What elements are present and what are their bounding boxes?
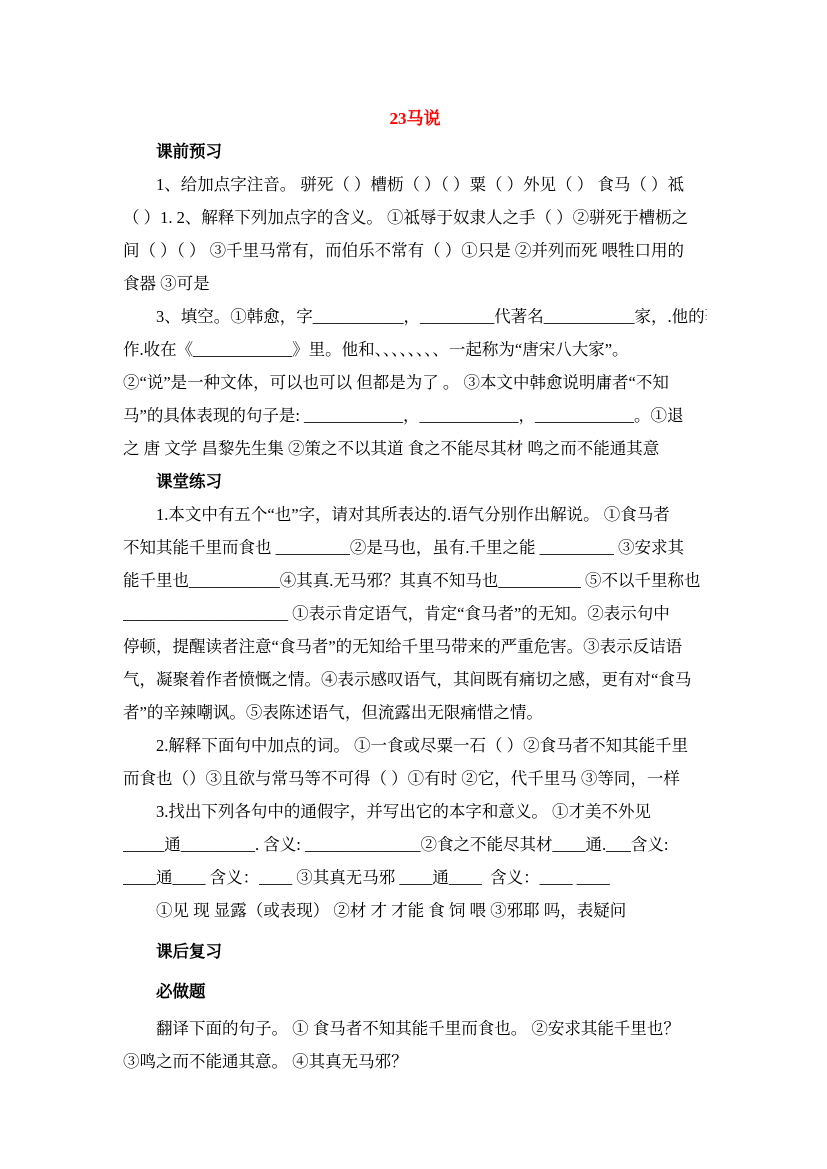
document-title: 23马说 [123,102,707,135]
paragraph: ①见 现 显露（或表现） ②材 才 才能 食 饲 喂 ③邪耶 吗，表疑问 [123,894,707,927]
worksheet-page: 23马说 课前预习 1、给加点字注音。 骈死（ ）槽枥（ ）（ ）粟（ ）外见（… [0,0,827,1169]
text-line: 不知其能千里而食也 _________②是马也，虽有.千里之能 ________… [123,531,707,564]
text-line: 间（ ）（ ） ③千里马常有，而伯乐不常有（ ）①只是 ②并列而死 喂牲口用的 [123,234,707,267]
text-line: 3、填空。①韩愈，字___________，_________代著名______… [123,300,707,333]
text-line: 1.本文中有五个“也”字，请对其所表达的.语气分别作出解说。 ①食马者 [123,498,707,531]
text-line: 食器 ③可是 [123,267,707,300]
text-line: 1、给加点字注音。 骈死（ ）槽枥（ ）（ ）粟（ ）外见（ ） 食马（ ）祗 [123,168,707,201]
text-line: ②“说”是一种文体，可以也可以 但都是为了 。 ③本文中韩愈说明庸者“不知 [123,366,707,399]
paragraph: 1.本文中有五个“也”字，请对其所表达的.语气分别作出解说。 ①食马者 不知其能… [123,498,707,729]
text-line: 3.找出下列各句中的通假字，并写出它的本字和意义。 ①才美不外见 [123,795,707,828]
paragraph: 3、填空。①韩愈，字___________，_________代著名______… [123,300,707,465]
section-heading: 课堂练习 [123,465,707,498]
paragraph: 翻译下面的句子。 ① 食马者不知其能千里而食也。 ②安求其能千里也？ ③鸣之而不… [123,1012,707,1078]
text-line: ____通____ 含义：____ ③其真无马邪 ____通____ 含义：__… [123,861,707,894]
document-content: 23马说 课前预习 1、给加点字注音。 骈死（ ）槽枥（ ）（ ）粟（ ）外见（… [0,0,827,1078]
text-line: 作.收在《____________》里。他和、、、、、、、、一起称为“唐宋八大家… [123,333,707,366]
paragraph: 2.解释下面句中加点的词。 ①一食或尽粟一石（ ）②食马者不知其能千里 而食也（… [123,729,707,795]
section-heading: 课后复习 [123,935,707,968]
text-line: 之 唐 文学 昌黎先生集 ②策之不以其道 食之不能尽其材 鸣之而不能通其意 [123,432,707,465]
text-line: _____通_________. 含义: ______________②食之不能… [123,828,707,861]
paragraph: 1、给加点字注音。 骈死（ ）槽枥（ ）（ ）粟（ ）外见（ ） 食马（ ）祗 … [123,168,707,300]
section-heading: 课前预习 [123,135,707,168]
text-line: 者”的辛辣嘲讽。⑤表陈述语气，但流露出无限痛惜之情。 [123,696,707,729]
text-line: 马”的具体表现的句子是: ____________，____________，_… [123,399,707,432]
text-line: ____________________ ①表示肯定语气，肯定“食马者”的无知。… [123,597,707,630]
text-line: ①见 现 显露（或表现） ②材 才 才能 食 饲 喂 ③邪耶 吗，表疑问 [123,894,707,927]
text-line: 气，凝聚着作者愤慨之情。④表示感叹语气，其间既有痛切之感，更有对“食马 [123,663,707,696]
text-line: 停顿，提醒读者注意“食马者”的无知给千里马带来的严重危害。③表示反诘语 [123,630,707,663]
text-line: 2.解释下面句中加点的词。 ①一食或尽粟一石（ ）②食马者不知其能千里 [123,729,707,762]
paragraph: 3.找出下列各句中的通假字，并写出它的本字和意义。 ①才美不外见 _____通_… [123,795,707,894]
section-after-class-review: 课后复习 必做题 翻译下面的句子。 ① 食马者不知其能千里而食也。 ②安求其能千… [123,935,707,1078]
text-line: 能千里也___________④其真.无马邪？其真不知马也__________ … [123,564,707,597]
section-subheading: 必做题 [123,975,707,1008]
text-line: ③鸣之而不能通其意。 ④其真无马邪？ [123,1045,707,1078]
section-pre-class-preview: 课前预习 1、给加点字注音。 骈死（ ）槽枥（ ）（ ）粟（ ）外见（ ） 食马… [123,135,707,465]
section-class-practice: 课堂练习 1.本文中有五个“也”字，请对其所表达的.语气分别作出解说。 ①食马者… [123,465,707,927]
text-line: 而食也（）③且欲与常马等不可得（ ）①有时 ②它，代千里马 ③等同，一样 [123,762,707,795]
text-line: （ ）1. 2、解释下列加点字的含义。 ①祗辱于奴隶人之手（ ）②骈死于槽枥之 [123,201,707,234]
text-line: 翻译下面的句子。 ① 食马者不知其能千里而食也。 ②安求其能千里也？ [123,1012,707,1045]
